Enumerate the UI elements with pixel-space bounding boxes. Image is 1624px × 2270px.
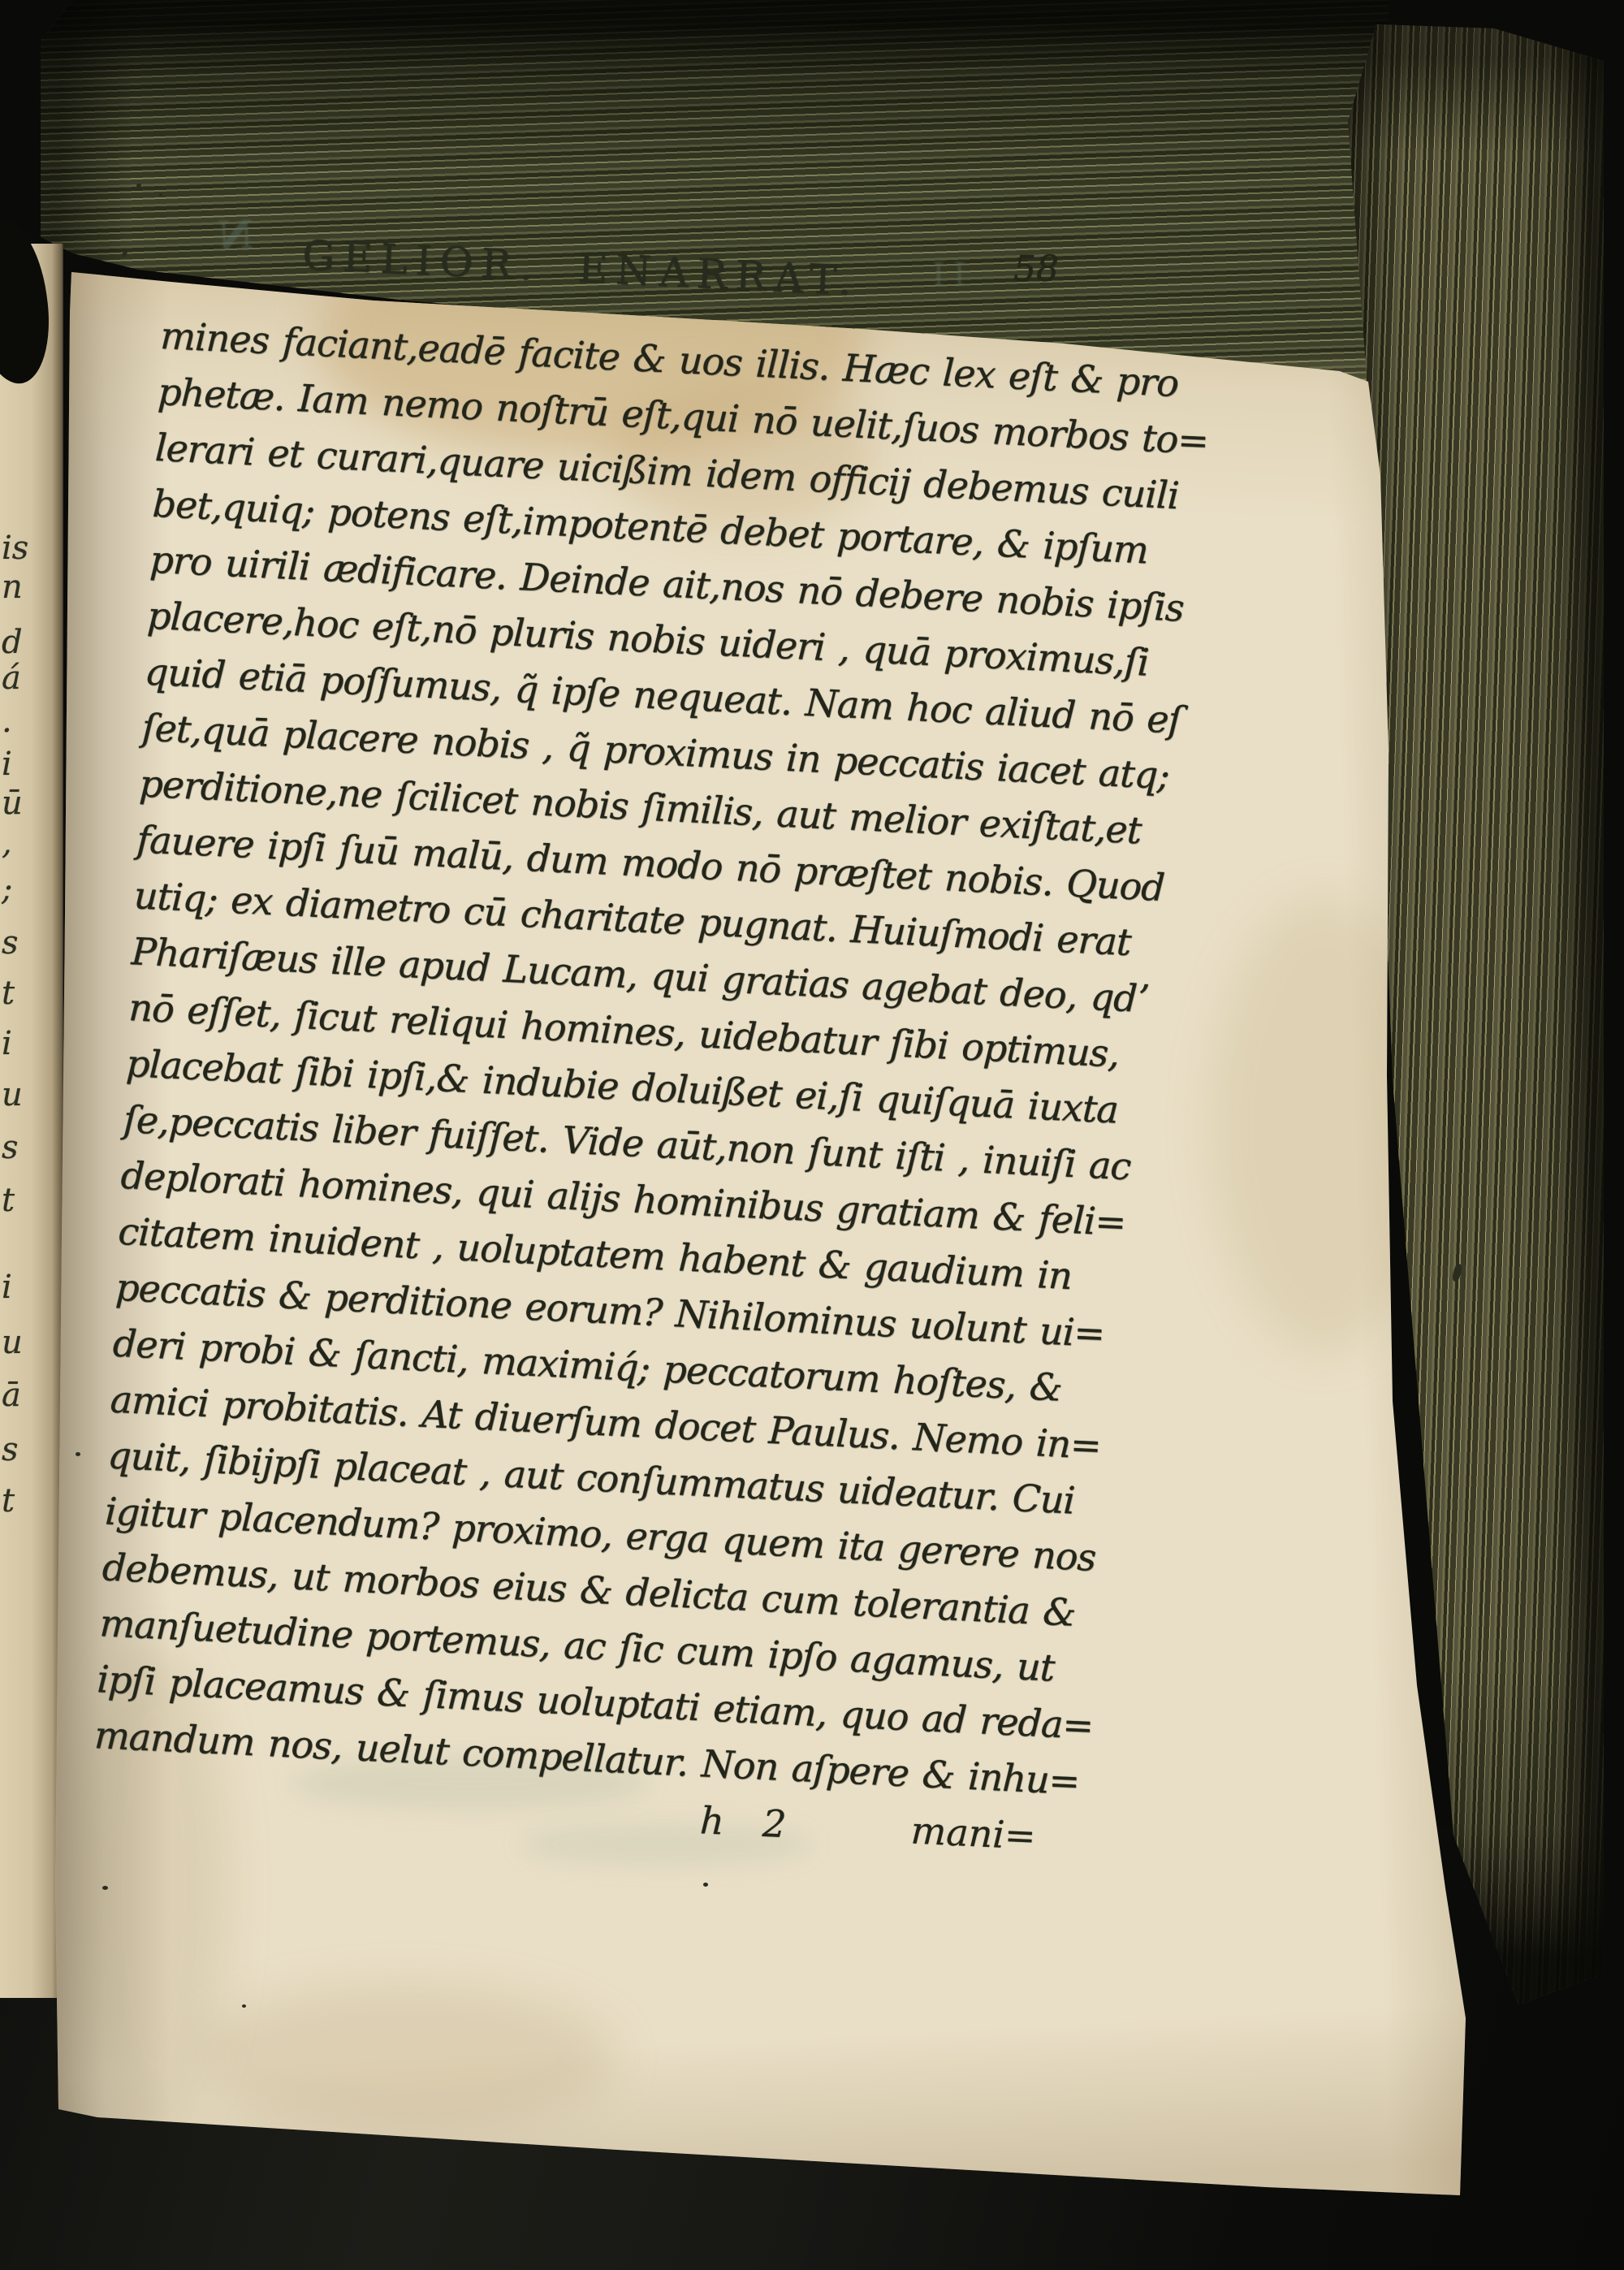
gutter-letter-fragment: t	[2, 1182, 15, 1219]
gutter-letter-fragment: t	[2, 1482, 15, 1520]
printed-text-block: GELIOR. ENARRAT. mines faciant,eadē faci…	[54, 207, 1201, 1885]
ink-speck	[703, 1883, 708, 1887]
gutter-letter-fragment: d	[2, 624, 23, 661]
gutter-letter-fragment: is	[2, 530, 28, 567]
gutter-letter-fragment: .	[2, 703, 12, 740]
gutter-letter-fragment: á	[2, 659, 21, 697]
gutter-letter-fragment: u	[2, 1324, 23, 1361]
gutter-letter-fragment: ;	[2, 871, 12, 908]
gutter-letter-fragment: u	[2, 1076, 23, 1113]
catchword: mani=	[910, 1809, 1037, 1858]
signature-mark: h	[699, 1798, 725, 1843]
facing-page-sliver: isndá.iū,;stiustiuāst	[0, 244, 63, 1998]
gutter-letter-fragment: i	[2, 1269, 12, 1306]
ink-speck	[159, 193, 162, 197]
gutter-letter-fragment: s	[2, 1431, 19, 1468]
signature-number: 2	[762, 1801, 788, 1846]
ink-speck	[102, 1886, 108, 1890]
gutter-letter-fragment: n	[2, 569, 23, 606]
gutter-letter-fragment: ā	[2, 1377, 21, 1414]
gutter-letter-fragment: s	[2, 1129, 19, 1166]
gutter-letter-fragment: s	[2, 924, 19, 962]
page-number: 58	[1013, 249, 1059, 290]
book-photograph: isndá.iū,;stiustiuāst N II GELIOR. ENARR…	[0, 0, 1624, 2270]
ink-speck	[242, 2004, 246, 2008]
body-text: mines faciant,eadē facite & uos illis. H…	[57, 306, 1196, 1812]
gutter-letter-fragment: ū	[2, 785, 23, 822]
gutter-letter-fragment: t	[2, 975, 15, 1012]
ink-speck	[76, 1452, 80, 1456]
gutter-letter-fragment: i	[2, 746, 12, 783]
gutter-letter-fragment: ,	[2, 824, 12, 862]
ink-speck	[136, 184, 141, 188]
gutter-letter-fragment: i	[2, 1025, 12, 1062]
